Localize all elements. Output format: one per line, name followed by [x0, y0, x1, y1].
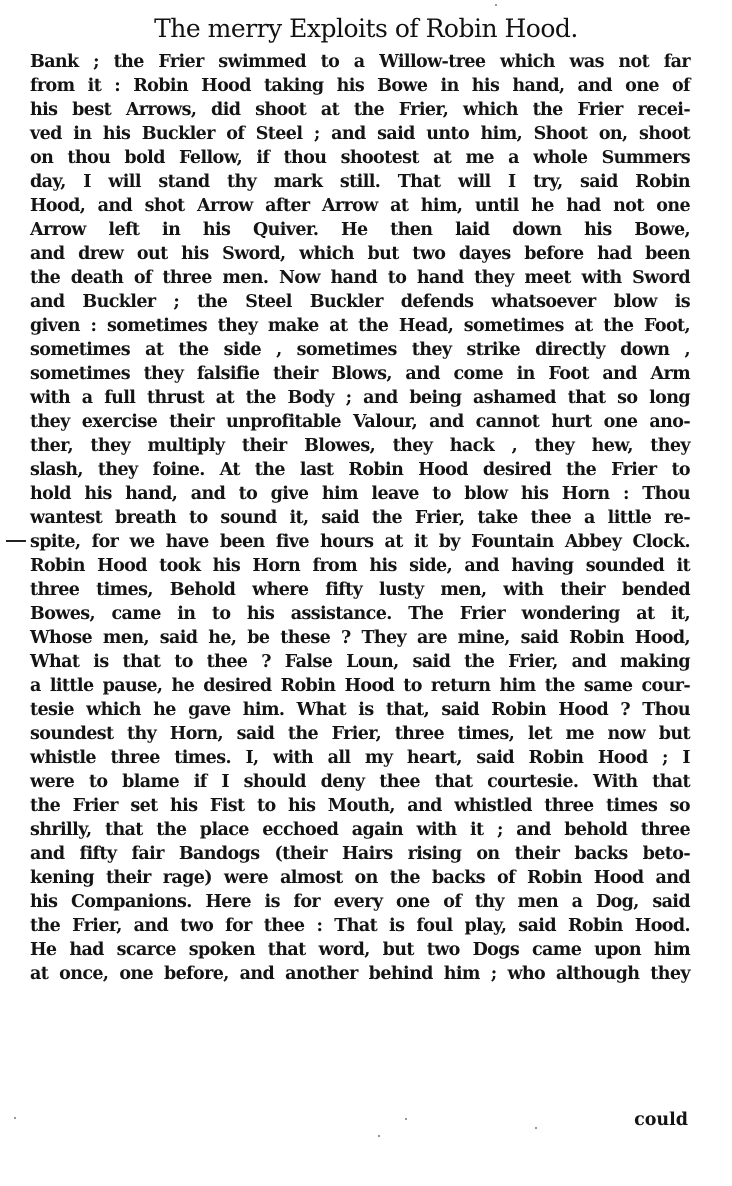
- page-body-text: Bank ; the Frier swimmed to a Willow-tre…: [30, 50, 690, 986]
- text-line: slash, they foine. At the last Robin Hoo…: [30, 458, 690, 482]
- text-line: tesie which he gave him. What is that, s…: [30, 698, 690, 722]
- text-line: day, I will stand thy mark still. That w…: [30, 170, 690, 194]
- text-line: wantest breath to sound it, said the Fri…: [30, 506, 690, 530]
- text-line: the Frier set his Fist to his Mouth, and…: [30, 794, 690, 818]
- text-line: Bank ; the Frier swimmed to a Willow-tre…: [30, 50, 690, 74]
- book-page: The merry Exploits of Robin Hood. Bank ;…: [0, 0, 732, 1186]
- text-line: soundest thy Horn, said the Frier, three…: [30, 722, 690, 746]
- text-line: given : sometimes they make at the Head,…: [30, 314, 690, 338]
- text-line: on thou bold Fellow, if thou shootest at…: [30, 146, 690, 170]
- text-line: Arrow left in his Quiver. He then laid d…: [30, 218, 690, 242]
- text-line: from it : Robin Hood taking his Bowe in …: [30, 74, 690, 98]
- text-line: were to blame if I should deny thee that…: [30, 770, 690, 794]
- text-line: What is that to thee ? False Loun, said …: [30, 650, 690, 674]
- print-speck: [14, 1117, 16, 1119]
- text-line: ved in his Buckler of Steel ; and said u…: [30, 122, 690, 146]
- text-line: the death of three men. Now hand to hand…: [30, 266, 690, 290]
- text-line: and Buckler ; the Steel Buckler defends …: [30, 290, 690, 314]
- text-line: they exercise their unprofitable Valour,…: [30, 410, 690, 434]
- text-line: hold his hand, and to give him leave to …: [30, 482, 690, 506]
- text-line: whistle three times. I, with all my hear…: [30, 746, 690, 770]
- text-line: the Frier, and two for thee : That is fo…: [30, 914, 690, 938]
- print-speck: [378, 1135, 380, 1137]
- text-line: sometimes at the side , sometimes they s…: [30, 338, 690, 362]
- text-line: with a full thrust at the Body ; and bei…: [30, 386, 690, 410]
- text-line: kening their rage) were almost on the ba…: [30, 866, 690, 890]
- text-line: and fifty fair Bandogs (their Hairs risi…: [30, 842, 690, 866]
- text-line: three times, Behold where fifty lusty me…: [30, 578, 690, 602]
- text-line: his Companions. Here is for every one of…: [30, 890, 690, 914]
- text-line: at once, one before, and another behind …: [30, 962, 690, 986]
- running-head: The merry Exploits of Robin Hood.: [0, 14, 732, 43]
- margin-mark: [6, 540, 26, 542]
- text-line: sometimes they falsifie their Blows, and…: [30, 362, 690, 386]
- print-speck: [495, 4, 497, 6]
- text-line: ther, they multiply their Blowes, they h…: [30, 434, 690, 458]
- text-line: Robin Hood took his Horn from his side, …: [30, 554, 690, 578]
- text-line: Hood, and shot Arrow after Arrow at him,…: [30, 194, 690, 218]
- text-line: a little pause, he desired Robin Hood to…: [30, 674, 690, 698]
- print-speck: [535, 1127, 537, 1129]
- text-line: and drew out his Sword, which but two da…: [30, 242, 690, 266]
- print-speck: [405, 1118, 407, 1120]
- text-line: He had scarce spoken that word, but two …: [30, 938, 690, 962]
- text-line: spite, for we have been five hours at it…: [30, 530, 690, 554]
- text-line: shrilly, that the place ecchoed again wi…: [30, 818, 690, 842]
- text-line: Bowes, came in to his assistance. The Fr…: [30, 602, 690, 626]
- catchword: could: [634, 1110, 688, 1130]
- text-line: Whose men, said he, be these ? They are …: [30, 626, 690, 650]
- text-line: his best Arrows, did shoot at the Frier,…: [30, 98, 690, 122]
